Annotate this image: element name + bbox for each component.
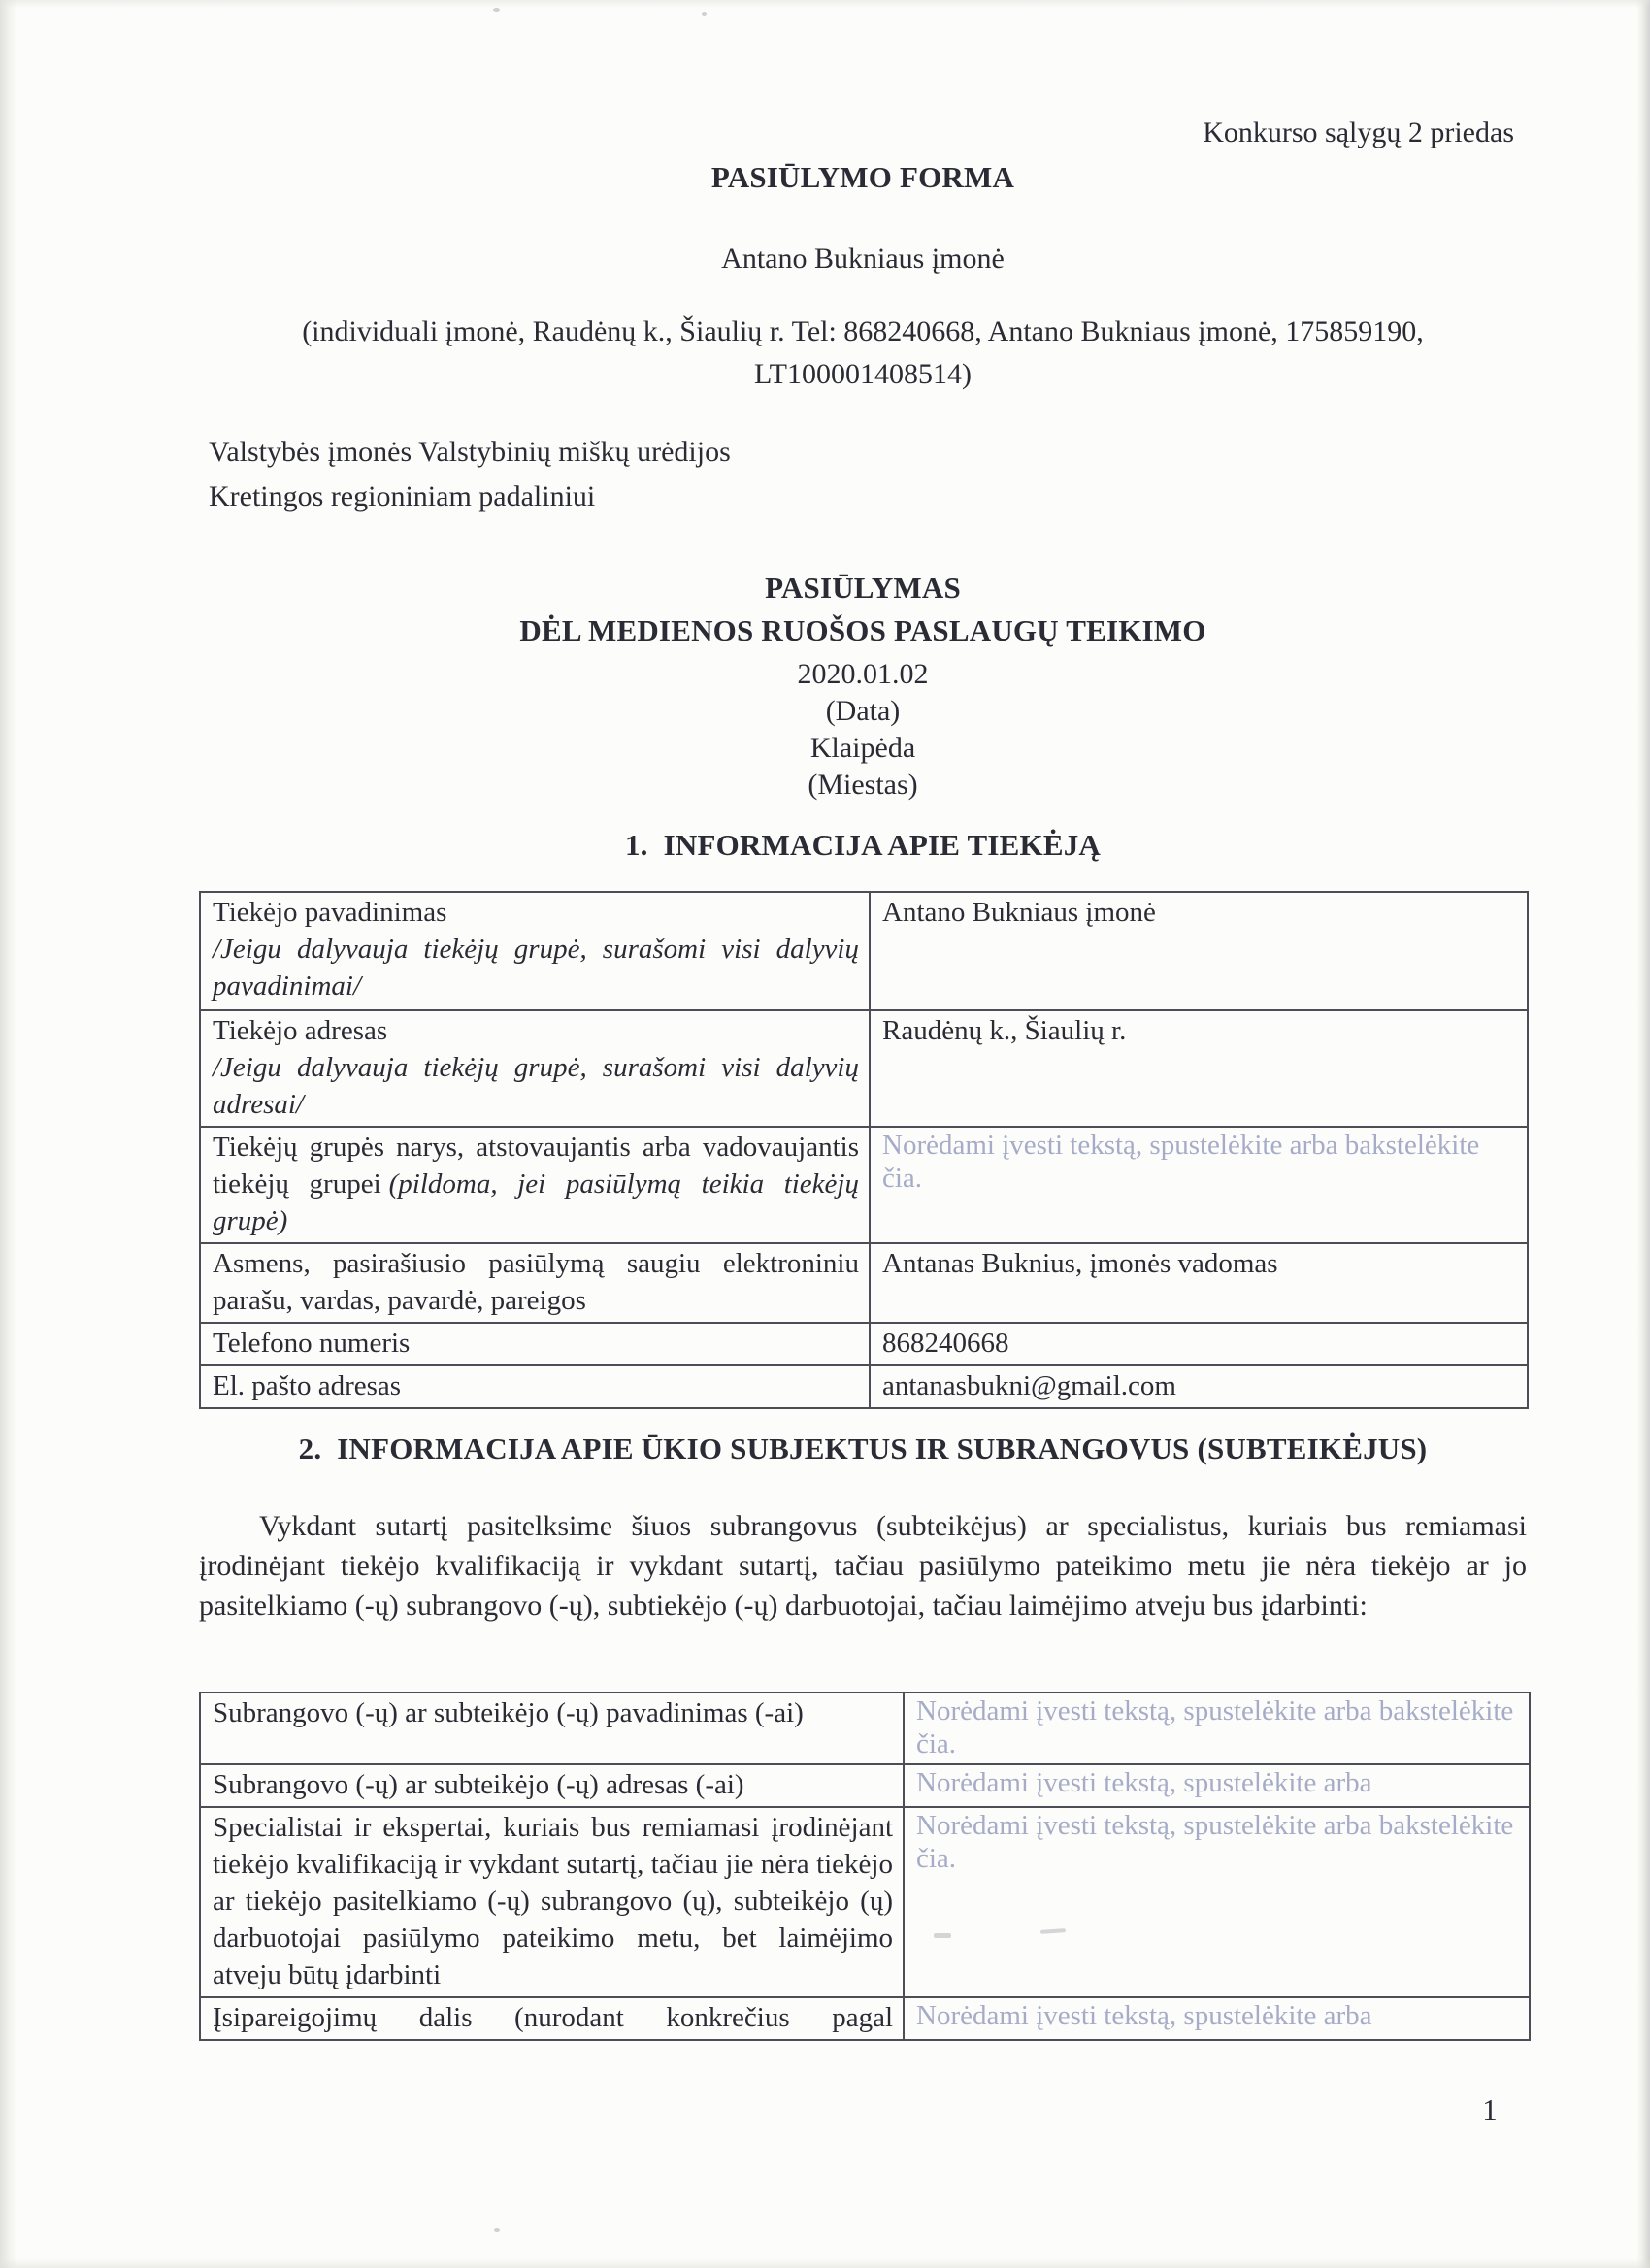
table-row: Telefono numeris 868240668 [200,1323,1528,1365]
text-input-placeholder[interactable]: Norėdami įvesti tekstą, spustelėkite arb… [882,1129,1517,1195]
scan-edge-top [0,0,1650,8]
phone-label-cell: Telefono numeris [200,1323,870,1365]
supplier-info-table: Tiekėjo pavadinimas /Jeigu dalyvauja tie… [199,891,1529,1409]
text-input-placeholder[interactable]: Norėdami įvesti tekstą, spustelėkite arb… [916,1766,1519,1799]
table-row: Tiekėjų grupės narys, atstovaujantis arb… [200,1127,1528,1243]
city-value: Klaipėda [199,730,1527,767]
field-label-note: /Jeigu dalyvauja tiekėjų grupė, surašomi… [213,931,859,1004]
field-label: Tiekėjo pavadinimas [213,897,446,928]
signer-value-cell: Antanas Buknius, įmonės vadomas [870,1243,1528,1323]
section2-heading: 2.INFORMACIJA APIE ŪKIO SUBJEKTUS IR SUB… [199,1431,1527,1466]
field-label: Tiekėjo adresas [213,1015,387,1046]
scan-speck [702,12,707,16]
scan-mark [934,1933,951,1938]
subcontractor-name-input-cell[interactable]: Norėdami įvesti tekstą, spustelėkite arb… [904,1693,1530,1764]
subcontractor-address-input-cell[interactable]: Norėdami įvesti tekstą, spustelėkite arb… [904,1764,1530,1807]
obligations-input-cell[interactable]: Norėdami įvesti tekstą, spustelėkite arb… [904,1997,1530,2040]
text-input-placeholder[interactable]: Norėdami įvesti tekstą, spustelėkite arb… [916,1694,1519,1760]
proposal-subtitle: DĖL MEDIENOS RUOŠOS PASLAUGŲ TEIKIMO [199,613,1527,648]
supplier-details-line2: LT100001408514) [199,353,1527,396]
obligations-label-cell: Įsipareigojimų dalis (nurodant konkrečiu… [200,1997,904,2040]
section1-title: INFORMACIJA APIE TIEKĖJĄ [664,828,1101,862]
proposal-title: PASIŪLYMAS [199,571,1527,606]
form-title: PASIŪLYMO FORMA [199,160,1527,195]
field-label: Asmens, pasirašiusio pasiūlymą saugiu el… [213,1248,859,1316]
supplier-address-label-cell: Tiekėjo adresas /Jeigu dalyvauja tiekėjų… [200,1010,870,1127]
scanned-document-page: Konkurso sąlygų 2 priedas PASIŪLYMO FORM… [0,0,1650,2268]
section2-number: 2. [299,1431,322,1465]
supplier-name: Antano Bukniaus įmonė [199,241,1527,278]
date-caption: (Data) [199,693,1527,730]
city-caption: (Miestas) [199,767,1527,804]
scan-speck [493,8,500,12]
table-row: Specialistai ir ekspertai, kuriais bus r… [200,1807,1530,1997]
table-row: El. pašto adresas antanasbukni@gmail.com [200,1365,1528,1408]
section1-heading: 1.INFORMACIJA APIE TIEKĖJĄ [199,828,1527,863]
text-input-placeholder[interactable]: Norėdami įvesti tekstą, spustelėkite arb… [916,1999,1519,2032]
supplier-name-value-cell: Antano Bukniaus įmonė [870,892,1528,1010]
email-label-cell: El. pašto adresas [200,1365,870,1408]
scan-speck [494,2228,500,2232]
date-value: 2020.01.02 [199,656,1527,693]
table-row: Subrangovo (-ų) ar subteikėjo (-ų) pavad… [200,1693,1530,1764]
subcontractor-name-label-cell: Subrangovo (-ų) ar subteikėjo (-ų) pavad… [200,1693,904,1764]
scan-edge-bottom [0,2258,1650,2268]
corner-note: Konkurso sąlygų 2 priedas [199,116,1514,149]
signer-label-cell: Asmens, pasirašiusio pasiūlymą saugiu el… [200,1243,870,1323]
text-input-placeholder[interactable]: Norėdami įvesti tekstą, spustelėkite arb… [916,1809,1519,1875]
specialists-input-cell[interactable]: Norėdami įvesti tekstą, spustelėkite arb… [904,1807,1530,1997]
subcontractor-address-label-cell: Subrangovo (-ų) ar subteikėjo (-ų) adres… [200,1764,904,1807]
page-number: 1 [1461,2092,1519,2127]
supplier-details: (individuali įmonė, Raudėnų k., Šiaulių … [199,311,1527,396]
phone-value-cell: 868240668 [870,1323,1528,1365]
addressee-line1: Valstybės įmonės Valstybinių miškų urėdi… [209,430,731,475]
group-member-input-cell[interactable]: Norėdami įvesti tekstą, spustelėkite arb… [870,1127,1528,1243]
supplier-details-line1: (individuali įmonė, Raudėnų k., Šiaulių … [199,311,1527,353]
supplier-address-value-cell: Raudėnų k., Šiaulių r. [870,1010,1528,1127]
subcontractors-table: Subrangovo (-ų) ar subteikėjo (-ų) pavad… [199,1692,1531,2041]
scan-edge-right [1636,0,1650,2268]
section2-title: INFORMACIJA APIE ŪKIO SUBJEKTUS IR SUBRA… [337,1431,1427,1465]
field-label-note: /Jeigu dalyvauja tiekėjų grupė, surašomi… [213,1049,859,1123]
group-member-label-cell: Tiekėjų grupės narys, atstovaujantis arb… [200,1127,870,1243]
table-row: Tiekėjo adresas /Jeigu dalyvauja tiekėjų… [200,1010,1528,1127]
table-row: Subrangovo (-ų) ar subteikėjo (-ų) adres… [200,1764,1530,1807]
specialists-label-cell: Specialistai ir ekspertai, kuriais bus r… [200,1807,904,1997]
table-row: Įsipareigojimų dalis (nurodant konkrečiu… [200,1997,1530,2040]
table-row: Asmens, pasirašiusio pasiūlymą saugiu el… [200,1243,1528,1323]
scan-edge-left [0,0,17,2268]
section1-number: 1. [625,828,648,862]
table-row: Tiekėjo pavadinimas /Jeigu dalyvauja tie… [200,892,1528,1010]
addressee-line2: Kretingos regioniniam padaliniui [209,475,731,519]
supplier-name-label-cell: Tiekėjo pavadinimas /Jeigu dalyvauja tie… [200,892,870,1010]
section2-intro-paragraph: Vykdant sutartį pasitelksime šiuos subra… [199,1506,1527,1626]
email-value-cell: antanasbukni@gmail.com [870,1365,1528,1408]
addressee: Valstybės įmonės Valstybinių miškų urėdi… [209,430,731,519]
